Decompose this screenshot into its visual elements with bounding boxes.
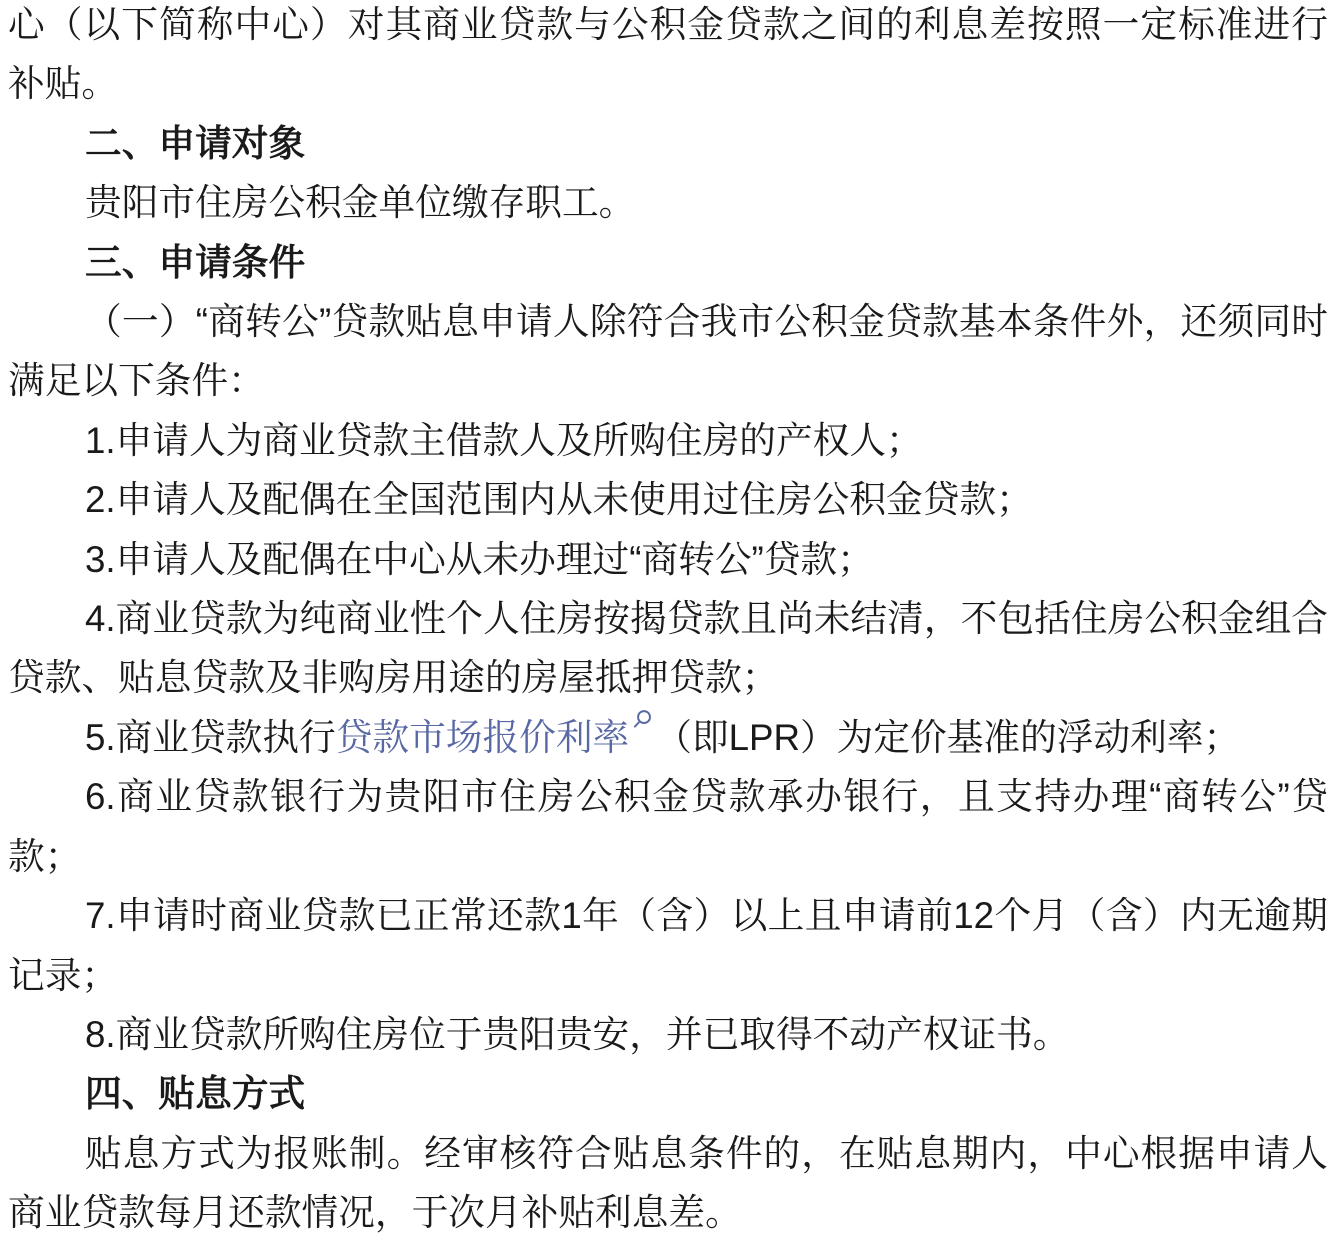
paragraph: 5.商业贷款执行贷款市场报价利率（即LPR）为定价基准的浮动利率； bbox=[8, 708, 1328, 767]
heading-text: 二、申请对象 bbox=[85, 123, 305, 164]
paragraph-text: 心（以下简称中心）对其商业贷款与公积金贷款之间的利息差按照一定标准进行补贴。 bbox=[8, 4, 1328, 104]
heading-text: 三、申请条件 bbox=[85, 242, 305, 283]
paragraph-text: 贵阳市住房公积金单位缴存职工。 bbox=[85, 182, 635, 223]
heading-text: 四、贴息方式 bbox=[85, 1073, 305, 1114]
paragraph: 3.申请人及配偶在中心从未办理过“商转公”贷款； bbox=[8, 530, 1328, 589]
paragraph-text: 3.申请人及配偶在中心从未办理过“商转公”贷款； bbox=[85, 539, 874, 580]
paragraph-text: 8.商业贷款所购住房位于贵阳贵安，并已取得不动产权证书。 bbox=[85, 1014, 1069, 1055]
paragraph-text: （一）“商转公”贷款贴息申请人除符合我市公积金贷款基本条件外，还须同时满足以下条… bbox=[8, 301, 1328, 401]
paragraph: 4.商业贷款为纯商业性个人住房按揭贷款且尚未结清，不包括住房公积金组合贷款、贴息… bbox=[8, 589, 1328, 708]
paragraph: 贵阳市住房公积金单位缴存职工。 bbox=[8, 173, 1328, 232]
section-heading: 三、申请条件 bbox=[8, 233, 1328, 292]
section-heading: 二、申请对象 bbox=[8, 114, 1328, 173]
paragraph: 1.申请人为商业贷款主借款人及所购住房的产权人； bbox=[8, 411, 1328, 470]
paragraph: 7.申请时商业贷款已正常还款1年（含）以上且申请前12个月（含）内无逾期记录； bbox=[8, 886, 1328, 1005]
paragraph-text: 5.商业贷款执行 bbox=[85, 717, 336, 758]
paragraph: 2.申请人及配偶在全国范围内从未使用过住房公积金贷款； bbox=[8, 470, 1328, 529]
paragraph: 心（以下简称中心）对其商业贷款与公积金贷款之间的利息差按照一定标准进行补贴。 bbox=[8, 0, 1328, 114]
section-heading: 四、贴息方式 bbox=[8, 1064, 1328, 1123]
paragraph: 6.商业贷款银行为贵阳市住房公积金贷款承办银行，且支持办理“商转公”贷款； bbox=[8, 767, 1328, 886]
paragraph-text: 7.申请时商业贷款已正常还款1年（含）以上且申请前12个月（含）内无逾期记录； bbox=[8, 895, 1328, 995]
paragraph-text: 6.商业贷款银行为贵阳市住房公积金贷款承办银行，且支持办理“商转公”贷款； bbox=[8, 776, 1328, 876]
entity-link[interactable]: 贷款市场报价利率 bbox=[336, 717, 630, 758]
paragraph-text: （即LPR）为定价基准的浮动利率； bbox=[655, 717, 1240, 758]
paragraph-text: 贴息方式为报账制。经审核符合贴息条件的，在贴息期内，中心根据申请人商业贷款每月还… bbox=[8, 1133, 1328, 1233]
paragraph: 8.商业贷款所购住房位于贵阳贵安，并已取得不动产权证书。 bbox=[8, 1005, 1328, 1064]
search-icon[interactable] bbox=[631, 709, 653, 731]
paragraph: 贴息方式为报账制。经审核符合贴息条件的，在贴息期内，中心根据申请人商业贷款每月还… bbox=[8, 1124, 1328, 1243]
article-body: 心（以下简称中心）对其商业贷款与公积金贷款之间的利息差按照一定标准进行补贴。二、… bbox=[0, 0, 1336, 1243]
paragraph: （一）“商转公”贷款贴息申请人除符合我市公积金贷款基本条件外，还须同时满足以下条… bbox=[8, 292, 1328, 411]
paragraph-text: 4.商业贷款为纯商业性个人住房按揭贷款且尚未结清，不包括住房公积金组合贷款、贴息… bbox=[8, 598, 1328, 698]
paragraph-text: 1.申请人为商业贷款主借款人及所购住房的产权人； bbox=[85, 420, 923, 461]
paragraph-text: 2.申请人及配偶在全国范围内从未使用过住房公积金贷款； bbox=[85, 479, 1033, 520]
